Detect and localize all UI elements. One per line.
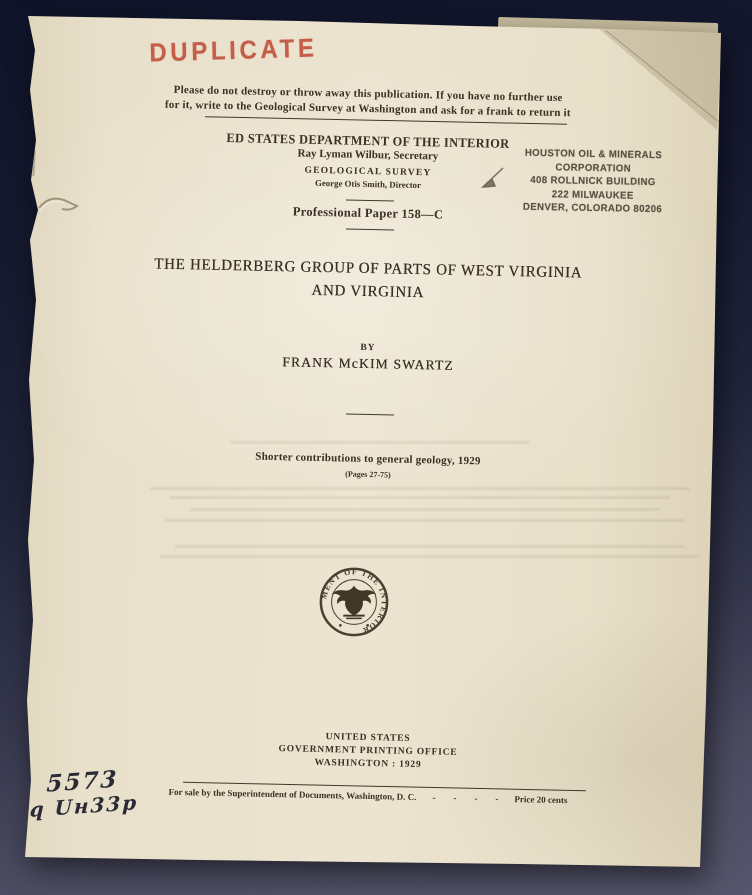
retention-notice: Please do not destroy or throw away this… [58,81,678,123]
publication-title: THE HELDERBERG GROUP OF PARTS OF WEST VI… [70,251,666,309]
ghost-line [230,441,530,444]
ghost-line [165,519,685,522]
ghost-line [150,487,690,490]
ghost-line [170,496,670,499]
edge-scratch [32,150,35,176]
ghost-line [160,555,700,558]
ghost-line [190,508,660,511]
photo-of-publication-cover: DUPLICATE Please do not destroy or throw… [0,0,752,895]
sale-text: For sale by the Superintendent of Docume… [168,787,416,802]
divider-rule [346,199,394,201]
duplicate-stamp: DUPLICATE [149,32,318,68]
cover-wrap: DUPLICATE Please do not destroy or throw… [0,0,752,895]
divider-rule [346,413,394,415]
department-of-the-interior-seal: DEPARTMENT OF THE INTERIOR [317,565,391,639]
sale-price: Price 20 cents [514,794,567,805]
seal-eagle-icon [332,585,377,615]
sale-dashes: - - - - [432,792,498,803]
owner-stamp-line-1: HOUSTON OIL & MINERALS CORPORATION [488,146,698,177]
booklet-cover: DUPLICATE Please do not destroy or throw… [0,0,752,895]
staple-mark [36,186,84,220]
sale-line: For sale by the Superintendent of Docume… [58,785,678,808]
ghost-line [175,545,685,548]
handwritten-call-number: 5573 q Uн33p [29,766,139,822]
owner-rubber-stamp: HOUSTON OIL & MINERALS CORPORATION 408 R… [488,146,698,217]
pen-arrow-mark-icon [477,165,507,195]
divider-rule [346,228,394,230]
